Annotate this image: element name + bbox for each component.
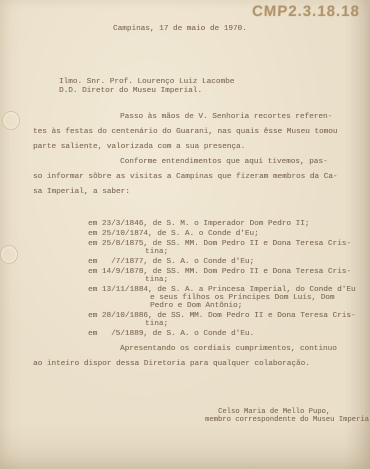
visit-line: em 25/10/1874, de S. A. o Conde d'Eu; — [88, 230, 356, 238]
visit-line: tina; — [88, 248, 356, 256]
recipient-title: D.D. Diretor do Museu Imperial. — [59, 87, 234, 96]
body-line: so informar sôbre as visitas a Campinas … — [33, 170, 337, 185]
recipient-name: Ilmo. Snr. Prof. Lourenço Luiz Lacombe — [59, 78, 234, 87]
closing-line: Apresentando os cordiais cumprimentos, c… — [33, 342, 337, 357]
recipient-block: Ilmo. Snr. Prof. Lourenço Luiz Lacombe D… — [59, 78, 234, 96]
visit-line: em 14/9/1878, de SS. MM. Dom Pedro II e … — [88, 268, 356, 276]
visits-list: em 23/3/1846, de S. M. o Imperador Dom P… — [88, 220, 356, 338]
visit-line: em 25/8/1875, de SS. MM. Dom Pedro II e … — [88, 240, 356, 248]
letter-page: CMP2.3.18.18 Campinas, 17 de maio de 197… — [0, 0, 370, 469]
closing-line: ao inteiro dispor dessa Diretoria para q… — [33, 357, 337, 372]
visit-line: em 28/10/1886, de SS. MM. Dom Pedro II e… — [88, 312, 356, 320]
visit-line: em /5/1889, de S. A. o Conde d'Eu. — [88, 330, 356, 338]
punch-hole — [2, 111, 20, 130]
visit-line: e seus filhos os Príncipes Dom Luís, Dom — [88, 294, 356, 302]
date-line: Campinas, 17 de maio de 1970. — [113, 25, 247, 33]
body-line: tes às festas do centenário do Guarani, … — [33, 125, 337, 140]
body-line: sa Imperial, a saber: — [33, 185, 337, 200]
visit-line: em /7/1877, de S. A. o Conde d'Eu; — [88, 258, 356, 266]
visit-line: tina; — [88, 320, 356, 328]
signature-block: Celso Maria de Mello Pupo, membro corres… — [205, 409, 370, 424]
body-line: Passo às mãos de V. Senhoria recortes re… — [33, 110, 337, 125]
visit-line: Pedro e Dom Antônio; — [88, 302, 356, 310]
visit-line: em 13/11/1884, de S. A. a Princesa Imper… — [88, 286, 356, 294]
visit-line: em 23/3/1846, de S. M. o Imperador Dom P… — [88, 220, 356, 228]
body-line: Conforme entendimentos que aqui tivemos,… — [33, 155, 337, 170]
punch-hole — [0, 245, 18, 264]
body-line: parte saliente, valorizada com a sua pre… — [33, 140, 337, 155]
visit-line: tina; — [88, 276, 356, 284]
signature-title: membro correspondente do Museu Imperial. — [205, 417, 370, 425]
letter-body: Passo às mãos de V. Senhoria recortes re… — [33, 110, 337, 200]
archival-stamp: CMP2.3.18.18 — [252, 3, 360, 20]
closing-block: Apresentando os cordiais cumprimentos, c… — [33, 342, 337, 372]
